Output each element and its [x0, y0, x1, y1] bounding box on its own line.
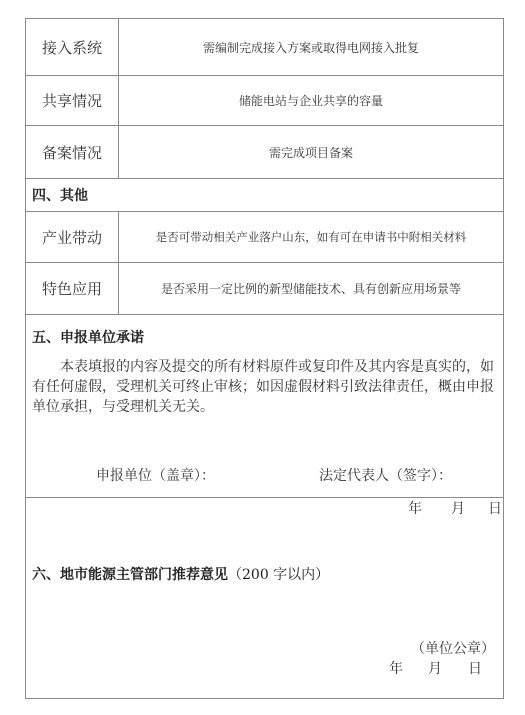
table-row-sharing: 共享情况 储能电站与企业共享的容量 — [26, 76, 503, 126]
table-row-industry: 产业带动 是否可带动相关产业落户山东，如有可在申请书中附相关材料 — [26, 212, 503, 263]
date-day: 日 — [468, 658, 482, 678]
section-5-commitment: 五、申报单位承诺 本表填报的内容及提交的所有材料原件或复印件及其内容是真实的，如… — [26, 315, 503, 498]
commitment-paragraph: 本表填报的内容及提交的所有材料原件或复印件及其内容是真实的，如有任何虚假，受理机… — [32, 357, 495, 417]
section-6-title-note: （200 字以内） — [228, 567, 329, 583]
section-5-title: 五、申报单位承诺 — [32, 327, 144, 347]
row-label: 共享情况 — [26, 76, 119, 125]
row-value: 储能电站与企业共享的容量 — [119, 76, 503, 125]
table-row-filing: 备案情况 需完成项目备案 — [26, 126, 503, 179]
section-6-title: 六、地市能源主管部门推荐意见（200 字以内） — [32, 564, 329, 584]
application-form-table: 接入系统 需编制完成接入方案或取得电网接入批复 共享情况 储能电站与企业共享的容… — [25, 18, 504, 699]
row-label: 特色应用 — [26, 263, 119, 314]
table-row-feature: 特色应用 是否采用一定比例的新型储能技术、具有创新应用场景等 — [26, 263, 503, 315]
unit-seal-label: 申报单位（盖章）： — [96, 465, 215, 485]
section-6-recommendation: 六、地市能源主管部门推荐意见（200 字以内） （单位公章） 年 月 日 — [26, 498, 503, 698]
unit-official-seal-label: （单位公章） — [411, 638, 495, 658]
row-label: 产业带动 — [26, 212, 119, 262]
table-row-access-system: 接入系统 需编制完成接入方案或取得电网接入批复 — [26, 19, 503, 76]
row-value: 是否可带动相关产业落户山东，如有可在申请书中附相关材料 — [119, 212, 503, 262]
row-value: 需完成项目备案 — [119, 126, 503, 178]
row-label: 备案情况 — [26, 126, 119, 178]
legal-rep-label: 法定代表人（签字）： — [319, 465, 452, 485]
row-label: 接入系统 — [26, 19, 119, 75]
section-6-title-text: 六、地市能源主管部门推荐意见 — [32, 567, 228, 583]
row-value: 是否采用一定比例的新型储能技术、具有创新应用场景等 — [119, 263, 503, 314]
row-value: 需编制完成接入方案或取得电网接入批复 — [119, 19, 503, 75]
date-year: 年 — [389, 658, 403, 678]
section-4-title: 四、其他 — [26, 179, 503, 212]
date-month: 月 — [428, 658, 442, 678]
